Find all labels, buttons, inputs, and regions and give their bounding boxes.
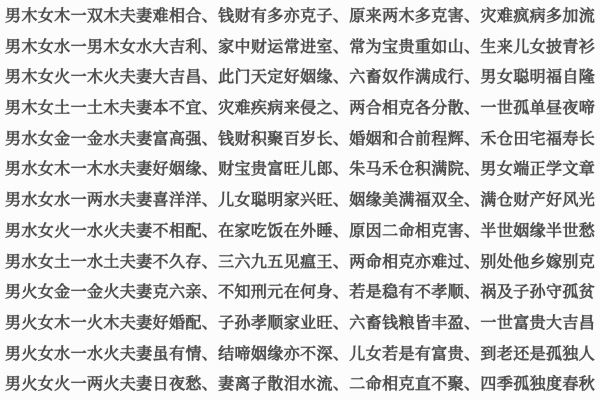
text-line: 男水女水一两水夫妻喜洋洋、儿女聪明家兴旺、姻缘美满福双全、满仓财产好风光: [5, 185, 595, 216]
text-line: 男木女火一木火夫妻大吉昌、此门天定好姻缘、六畜奴作满成行、男女聪明福自隆: [5, 62, 595, 93]
text-line: 男火女金一金火夫妻克六亲、不知刑元在何身、若是稳有不孝顺、祸及子孙守孤贫: [5, 277, 595, 308]
text-line: 男水女土一水土夫妻不久存、三六九五见瘟王、两命相克亦难过、别处他乡嫁别克: [5, 247, 595, 278]
text-line: 男火女水一水火夫妻虽有情、结啼姻缘亦不深、儿女若是有富贵、到老还是孤独人: [5, 339, 595, 370]
text-line: 男木女木一双木夫妻难相合、钱财有多亦克子、原来两木多克害、灾难疯病多加流: [5, 1, 595, 32]
text-line: 男木女土一土木夫妻本不宜、灾难疾病来侵之、两合相克各分散、一世孤单昼夜啼: [5, 93, 595, 124]
text-line: 男木女水一男木女水大吉利、家中财运常进室、常为宝贵重如山、生来儿女披青衫: [5, 32, 595, 63]
text-line: 男水女木一木水夫妻好姻缘、财宝贵富旺儿郎、朱马禾仓积满院、男女端正学文章: [5, 154, 595, 185]
fortune-text-page: 男木女木一双木夫妻难相合、钱财有多亦克子、原来两木多克害、灾难疯病多加流 男木女…: [0, 0, 600, 400]
text-line: 男水女火一水火夫妻不相配、在家吃饭在外睡、原因二命相克害、半世姻缘半世愁: [5, 216, 595, 247]
text-line: 男水女金一金水夫妻富高强、钱财积聚百岁长、婚姻和合前程辉、禾仓田宅福寿长: [5, 124, 595, 155]
text-line: 男火女木一火木夫妻好婚配、子孙孝顺家业旺、六畜钱粮皆丰盈、一世富贵大吉昌: [5, 308, 595, 339]
text-line: 男火女火一两火夫妻日夜愁、妻离子散泪水流、二命相克直不聚、四季孤独度春秋: [5, 369, 595, 400]
